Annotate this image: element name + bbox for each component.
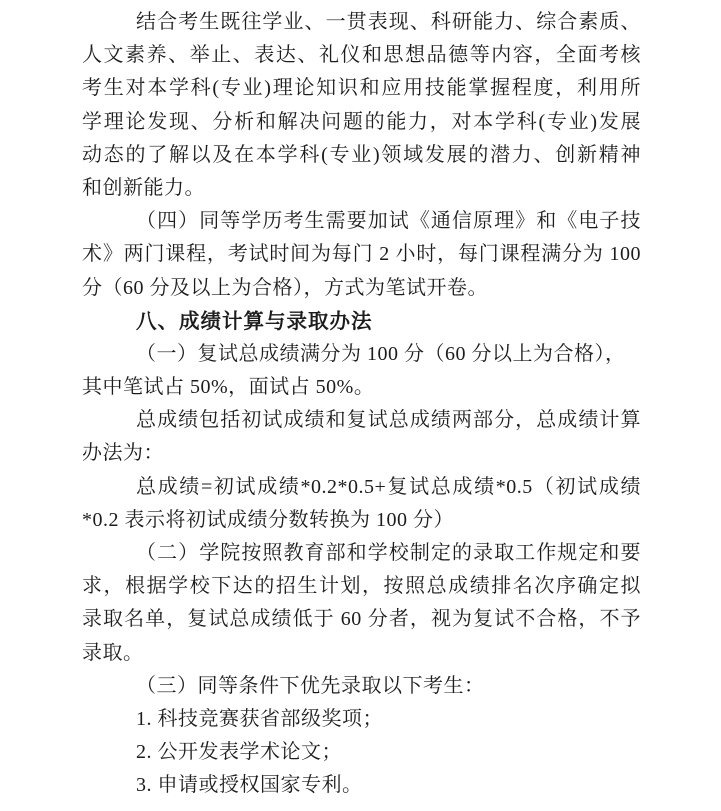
paragraph-line-item-two: （二）学院按照教育部和学校制定的录取工作规定和要: [82, 537, 641, 570]
paragraph-line: 录取。: [82, 637, 641, 670]
paragraph-line: 其中笔试占 50%，面试占 50%。: [82, 371, 641, 404]
list-item-2: 2. 公开发表学术论文；: [82, 736, 641, 769]
paragraph-line: 分（60 分及以上为合格），方式为笔试开卷。: [82, 272, 641, 305]
paragraph-line: 结合考生既往学业、一贯表现、科研能力、综合素质、: [82, 6, 641, 39]
paragraph-line: 办法为：: [82, 437, 641, 470]
paragraph-line: 动态的了解以及在本学科(专业)领域发展的潜力、创新精神: [82, 139, 641, 172]
paragraph-line: 总成绩包括初试成绩和复试总成绩两部分，总成绩计算: [82, 404, 641, 437]
paragraph-line: 人文素养、举止、表达、礼仪和思想品德等内容，全面考核: [82, 39, 641, 72]
formula-line: *0.2 表示将初试成绩分数转换为 100 分）: [82, 504, 641, 537]
paragraph-line: 和创新能力。: [82, 172, 641, 205]
paragraph-line: 考生对本学科(专业)理论知识和应用技能掌握程度，利用所: [82, 72, 641, 105]
paragraph-line: 求，根据学校下达的招生计划，按照总成绩排名次序确定拟: [82, 570, 641, 603]
list-item-1: 1. 科技竞赛获省部级奖项；: [82, 703, 641, 736]
section-heading: 八、成绩计算与录取办法: [82, 305, 641, 338]
paragraph-line: 录取名单，复试总成绩低于 60 分者，视为复试不合格，不予: [82, 603, 641, 636]
paragraph-line: 学理论发现、分析和解决问题的能力，对本学科(专业)发展: [82, 106, 641, 139]
list-item-3: 3. 申请或授权国家专利。: [82, 769, 641, 802]
document-page: 结合考生既往学业、一贯表现、科研能力、综合素质、 人文素养、举止、表达、礼仪和思…: [0, 0, 721, 811]
paragraph-line-item-four: （四）同等学历考生需要加试《通信原理》和《电子技: [82, 205, 641, 238]
paragraph-line-item-one: （一）复试总成绩满分为 100 分（60 分以上为合格），: [82, 338, 641, 371]
formula-line: 总成绩=初试成绩*0.2*0.5+复试总成绩*0.5（初试成绩: [82, 471, 641, 504]
paragraph-line-item-three: （三）同等条件下优先录取以下考生：: [82, 670, 641, 703]
paragraph-line: 术》两门课程，考试时间为每门 2 小时，每门课程满分为 100: [82, 238, 641, 271]
